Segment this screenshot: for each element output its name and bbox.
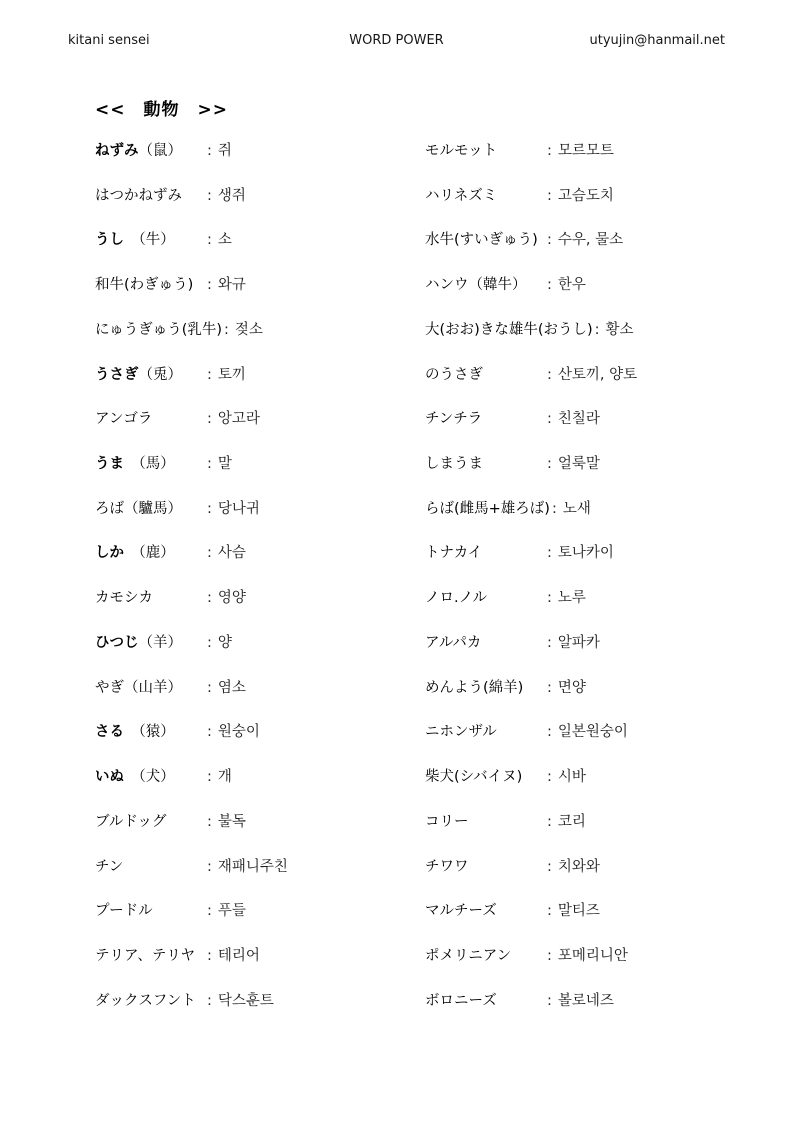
term-ja: うさぎ（兎） xyxy=(95,366,205,384)
term-ja: 大(おお)きな雄牛(おうし) xyxy=(425,321,593,339)
vocab-row: らば(雌馬+雄ろば) : 노새 xyxy=(425,500,785,545)
definition-ko: 시바 xyxy=(558,768,586,786)
term-ja: ハリネズミ xyxy=(425,187,545,205)
term-ja-rest: アルパカ xyxy=(425,635,481,651)
vocab-row: ダックスフント : 닥스훈트 xyxy=(95,992,425,1037)
vocab-row: プードル : 푸들 xyxy=(95,902,425,947)
colon-separator: : xyxy=(545,902,552,920)
term-ja-rest: （鼠） xyxy=(139,143,183,159)
term-ja-rest: チンチラ xyxy=(425,411,482,427)
definition-ko: 일본원숭이 xyxy=(558,723,628,741)
term-ja-bold: ひつじ xyxy=(95,635,139,651)
vocab-row: やぎ（山羊） : 염소 xyxy=(95,679,425,724)
vocab-row: めんよう(綿羊) : 면양 xyxy=(425,679,785,724)
term-ja-rest: 水牛(すいぎゅう) xyxy=(425,232,538,248)
term-ja: ハンウ（韓牛） xyxy=(425,276,545,294)
term-ja-rest: トナカイ xyxy=(425,545,482,561)
term-ja-rest: プードル xyxy=(95,903,153,919)
definition-ko: 염소 xyxy=(218,679,246,697)
definition-ko: 코리 xyxy=(558,813,586,831)
term-ja: らば(雌馬+雄ろば) xyxy=(425,500,550,518)
term-ja-rest: ハンウ（韓牛） xyxy=(425,277,527,293)
term-ja: うま （馬） xyxy=(95,455,205,473)
vocab-column-right: モルモット : 모르모트 ハリネズミ : 고슴도치 水牛(すいぎゅう) : 수우… xyxy=(425,142,785,1036)
vocab-column-left: ねずみ（鼠） : 쥐 はつかねずみ : 생쥐 うし （牛） : 소 和牛(わぎゅ… xyxy=(95,142,425,1036)
definition-ko: 푸들 xyxy=(218,902,246,920)
definition-ko: 원숭이 xyxy=(218,723,260,741)
document-page: kitani sensei WORD POWER utyujin@hanmail… xyxy=(0,0,794,1122)
definition-ko: 황소 xyxy=(606,321,634,339)
vocab-row: ひつじ（羊） : 양 xyxy=(95,634,425,679)
term-ja: アルパカ xyxy=(425,634,545,652)
term-ja-bold: いぬ xyxy=(95,769,124,785)
colon-separator: : xyxy=(205,589,212,607)
term-ja-rest: チワワ xyxy=(425,859,469,875)
colon-separator: : xyxy=(545,947,552,965)
term-ja: はつかねずみ xyxy=(95,187,205,205)
definition-ko: 노루 xyxy=(558,589,586,607)
vocab-row: ブルドッグ : 불독 xyxy=(95,813,425,858)
term-ja: ボロニーズ xyxy=(425,992,545,1010)
term-ja: ポメリニアン xyxy=(425,947,545,965)
colon-separator: : xyxy=(205,813,212,831)
term-ja-bold: ねずみ xyxy=(95,143,139,159)
colon-separator: : xyxy=(205,634,212,652)
vocab-row: ハンウ（韓牛） : 한우 xyxy=(425,276,785,321)
term-ja-bold: さる xyxy=(95,724,124,740)
colon-separator: : xyxy=(545,231,552,249)
colon-separator: : xyxy=(545,544,552,562)
definition-ko: 산토끼, 양토 xyxy=(558,366,637,384)
vocab-row: さる （猿） : 원숭이 xyxy=(95,723,425,768)
term-ja-bold: うま xyxy=(95,456,124,472)
term-ja: のうさぎ xyxy=(425,366,545,384)
term-ja-rest: めんよう(綿羊) xyxy=(425,680,523,696)
term-ja: アンゴラ xyxy=(95,410,205,428)
definition-ko: 모르모트 xyxy=(558,142,614,160)
vocab-row: にゅうぎゅう(乳牛) : 젖소 xyxy=(95,321,425,366)
term-ja-rest: のうさぎ xyxy=(425,367,483,383)
term-ja: 柴犬(シバイヌ) xyxy=(425,768,545,786)
vocab-row: 柴犬(シバイヌ) : 시바 xyxy=(425,768,785,813)
term-ja: いぬ （犬） xyxy=(95,768,205,786)
definition-ko: 와규 xyxy=(218,276,246,294)
term-ja-rest: ノロ.ノル xyxy=(425,590,487,606)
term-ja-rest: はつかねずみ xyxy=(95,188,182,204)
colon-separator: : xyxy=(205,187,212,205)
definition-ko: 친칠라 xyxy=(558,410,600,428)
vocab-row: コリー : 코리 xyxy=(425,813,785,858)
definition-ko: 수우, 물소 xyxy=(558,231,623,249)
definition-ko: 재패니주친 xyxy=(218,858,288,876)
definition-ko: 치와와 xyxy=(558,858,600,876)
colon-separator: : xyxy=(205,276,212,294)
definition-ko: 알파카 xyxy=(558,634,600,652)
colon-separator: : xyxy=(545,410,552,428)
term-ja-rest: ニホンザル xyxy=(425,724,497,740)
colon-separator: : xyxy=(545,589,552,607)
definition-ko: 얼룩말 xyxy=(558,455,600,473)
definition-ko: 당나귀 xyxy=(218,500,260,518)
term-ja-rest: ブルドッグ xyxy=(95,814,166,830)
vocab-row: マルチーズ : 말티즈 xyxy=(425,902,785,947)
definition-ko: 볼로네즈 xyxy=(558,992,614,1010)
vocab-row: トナカイ : 토나카이 xyxy=(425,544,785,589)
term-ja-rest: らば(雌馬+雄ろば) xyxy=(425,501,550,517)
term-ja: テリア、テリヤ xyxy=(95,947,205,965)
colon-separator: : xyxy=(545,142,552,160)
colon-separator: : xyxy=(550,500,557,518)
term-ja: チンチラ xyxy=(425,410,545,428)
colon-separator: : xyxy=(205,410,212,428)
colon-separator: : xyxy=(205,366,212,384)
definition-ko: 불독 xyxy=(218,813,246,831)
colon-separator: : xyxy=(205,455,212,473)
colon-separator: : xyxy=(545,634,552,652)
vocab-row: ノロ.ノル : 노루 xyxy=(425,589,785,634)
term-ja: モルモット xyxy=(425,142,545,160)
vocab-row: はつかねずみ : 생쥐 xyxy=(95,187,425,232)
colon-separator: : xyxy=(205,500,212,518)
term-ja: さる （猿） xyxy=(95,723,205,741)
colon-separator: : xyxy=(545,813,552,831)
section-title: << 動物 >> xyxy=(95,95,228,120)
colon-separator: : xyxy=(205,231,212,249)
definition-ko: 생쥐 xyxy=(218,187,246,205)
vocab-row: チンチラ : 친칠라 xyxy=(425,410,785,455)
term-ja-bold: うし xyxy=(95,232,124,248)
term-ja: トナカイ xyxy=(425,544,545,562)
page-header: kitani sensei WORD POWER utyujin@hanmail… xyxy=(68,33,725,48)
term-ja: めんよう(綿羊) xyxy=(425,679,545,697)
term-ja-rest: カモシカ xyxy=(95,590,153,606)
term-ja: ニホンザル xyxy=(425,723,545,741)
term-ja-rest: （兎） xyxy=(139,367,183,383)
term-ja-rest: マルチーズ xyxy=(425,903,497,919)
definition-ko: 토나카이 xyxy=(558,544,614,562)
header-doc-title: WORD POWER xyxy=(287,33,506,48)
term-ja-rest: （牛） xyxy=(124,232,175,248)
header-email: utyujin@hanmail.net xyxy=(506,33,725,48)
definition-ko: 테리어 xyxy=(218,947,260,965)
colon-separator: : xyxy=(205,679,212,697)
vocab-row: うま （馬） : 말 xyxy=(95,455,425,500)
vocab-row: アンゴラ : 앙고라 xyxy=(95,410,425,455)
vocab-row: モルモット : 모르모트 xyxy=(425,142,785,187)
definition-ko: 닥스훈트 xyxy=(218,992,274,1010)
header-author: kitani sensei xyxy=(68,33,287,48)
colon-separator: : xyxy=(593,321,600,339)
term-ja-bold: しか xyxy=(95,545,124,561)
term-ja-rest: モルモット xyxy=(425,143,497,159)
term-ja: しか （鹿） xyxy=(95,544,205,562)
term-ja-rest: （犬） xyxy=(124,769,175,785)
colon-separator: : xyxy=(545,768,552,786)
term-ja-rest: （羊） xyxy=(139,635,183,651)
term-ja-rest: テリア、テリヤ xyxy=(95,948,195,964)
definition-ko: 양 xyxy=(218,634,232,652)
term-ja-rest: ハリネズミ xyxy=(425,188,497,204)
term-ja-rest: ポメリニアン xyxy=(425,948,511,964)
term-ja: しまうま xyxy=(425,455,545,473)
term-ja: プードル xyxy=(95,902,205,920)
colon-separator: : xyxy=(545,679,552,697)
vocab-row: のうさぎ : 산토끼, 양토 xyxy=(425,366,785,411)
vocab-row: うさぎ（兎） : 토끼 xyxy=(95,366,425,411)
term-ja-rest: コリー xyxy=(425,814,469,830)
vocab-row: しか （鹿） : 사슴 xyxy=(95,544,425,589)
vocab-row: チン : 재패니주친 xyxy=(95,858,425,903)
term-ja-rest: チン xyxy=(95,859,123,875)
vocab-row: 和牛(わぎゅう) : 와규 xyxy=(95,276,425,321)
colon-separator: : xyxy=(222,321,229,339)
term-ja-rest: （馬） xyxy=(124,456,175,472)
term-ja-rest: 柴犬(シバイヌ) xyxy=(425,769,522,785)
definition-ko: 쥐 xyxy=(218,142,232,160)
term-ja-rest: 大(おお)きな雄牛(おうし) xyxy=(425,322,593,338)
definition-ko: 말티즈 xyxy=(558,902,600,920)
definition-ko: 토끼 xyxy=(218,366,246,384)
definition-ko: 소 xyxy=(218,231,232,249)
definition-ko: 면양 xyxy=(558,679,586,697)
colon-separator: : xyxy=(545,187,552,205)
vocab-row: いぬ （犬） : 개 xyxy=(95,768,425,813)
colon-separator: : xyxy=(545,455,552,473)
term-ja: チン xyxy=(95,858,205,876)
vocab-row: チワワ : 치와와 xyxy=(425,858,785,903)
vocab-row: うし （牛） : 소 xyxy=(95,231,425,276)
colon-separator: : xyxy=(545,992,552,1010)
vocab-row: ボロニーズ : 볼로네즈 xyxy=(425,992,785,1037)
definition-ko: 영양 xyxy=(218,589,246,607)
vocab-row: テリア、テリヤ : 테리어 xyxy=(95,947,425,992)
term-ja: カモシカ xyxy=(95,589,205,607)
term-ja: チワワ xyxy=(425,858,545,876)
vocab-row: ニホンザル : 일본원숭이 xyxy=(425,723,785,768)
term-ja-rest: しまうま xyxy=(425,456,483,472)
term-ja: ブルドッグ xyxy=(95,813,205,831)
term-ja: マルチーズ xyxy=(425,902,545,920)
colon-separator: : xyxy=(545,276,552,294)
term-ja-rest: ろば（驢馬） xyxy=(95,501,182,517)
vocab-row: カモシカ : 영양 xyxy=(95,589,425,634)
term-ja-rest: にゅうぎゅう(乳牛) xyxy=(95,322,222,338)
term-ja: ろば（驢馬） xyxy=(95,500,205,518)
colon-separator: : xyxy=(205,992,212,1010)
definition-ko: 개 xyxy=(218,768,232,786)
term-ja: 水牛(すいぎゅう) xyxy=(425,231,545,249)
vocab-row: しまうま : 얼룩말 xyxy=(425,455,785,500)
colon-separator: : xyxy=(205,723,212,741)
colon-separator: : xyxy=(205,902,212,920)
definition-ko: 젖소 xyxy=(235,321,263,339)
definition-ko: 한우 xyxy=(558,276,586,294)
term-ja: にゅうぎゅう(乳牛) xyxy=(95,321,222,339)
vocab-row: ハリネズミ : 고슴도치 xyxy=(425,187,785,232)
term-ja-rest: やぎ（山羊） xyxy=(95,680,182,696)
colon-separator: : xyxy=(545,723,552,741)
term-ja-rest: （鹿） xyxy=(124,545,175,561)
term-ja-rest: 和牛(わぎゅう) xyxy=(95,277,193,293)
term-ja: ねずみ（鼠） xyxy=(95,142,205,160)
term-ja: ノロ.ノル xyxy=(425,589,545,607)
colon-separator: : xyxy=(205,947,212,965)
term-ja: コリー xyxy=(425,813,545,831)
term-ja-rest: ボロニーズ xyxy=(425,993,497,1009)
definition-ko: 말 xyxy=(218,455,232,473)
term-ja: ひつじ（羊） xyxy=(95,634,205,652)
colon-separator: : xyxy=(545,366,552,384)
colon-separator: : xyxy=(205,858,212,876)
colon-separator: : xyxy=(205,768,212,786)
colon-separator: : xyxy=(205,544,212,562)
definition-ko: 포메리니안 xyxy=(558,947,628,965)
definition-ko: 사슴 xyxy=(218,544,246,562)
vocab-row: ポメリニアン : 포메리니안 xyxy=(425,947,785,992)
vocab-row: ねずみ（鼠） : 쥐 xyxy=(95,142,425,187)
definition-ko: 노새 xyxy=(563,500,591,518)
definition-ko: 고슴도치 xyxy=(558,187,614,205)
term-ja-rest: （猿） xyxy=(124,724,175,740)
term-ja-bold: うさぎ xyxy=(95,367,139,383)
term-ja: やぎ（山羊） xyxy=(95,679,205,697)
definition-ko: 앙고라 xyxy=(218,410,260,428)
term-ja: ダックスフント xyxy=(95,992,205,1010)
term-ja: うし （牛） xyxy=(95,231,205,249)
term-ja: 和牛(わぎゅう) xyxy=(95,276,205,294)
term-ja-rest: アンゴラ xyxy=(95,411,152,427)
vocab-row: ろば（驢馬） : 당나귀 xyxy=(95,500,425,545)
colon-separator: : xyxy=(205,142,212,160)
colon-separator: : xyxy=(545,858,552,876)
term-ja-rest: ダックスフント xyxy=(95,993,196,1009)
vocab-row: アルパカ : 알파카 xyxy=(425,634,785,679)
vocab-row: 水牛(すいぎゅう) : 수우, 물소 xyxy=(425,231,785,276)
vocab-row: 大(おお)きな雄牛(おうし) : 황소 xyxy=(425,321,785,366)
